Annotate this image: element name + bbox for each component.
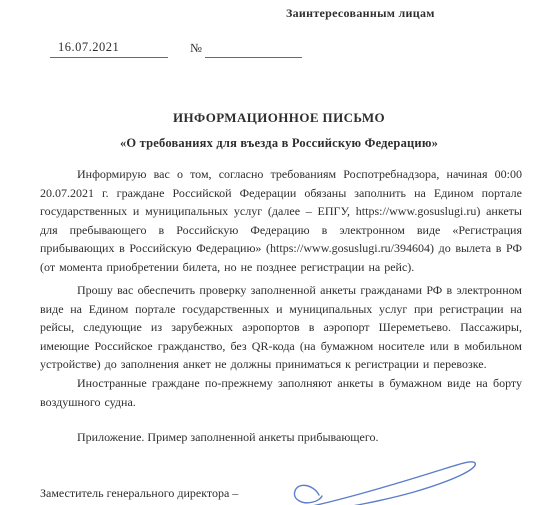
recipient-line: Заинтересованным лицам [286, 6, 435, 21]
number-label: № [190, 41, 202, 58]
letter-subtitle: «О требованиях для въезда в Российскую Ф… [0, 136, 558, 151]
letter-page: Заинтересованным лицам 16.07.2021 № ИНФО… [0, 0, 558, 505]
letter-date: 16.07.2021 [50, 40, 168, 58]
paragraph-check-request: Прошу вас обеспечить проверку заполненно… [40, 281, 522, 374]
signature-ink-image [286, 449, 484, 505]
paragraph-registration-requirement: Информирую вас о том, согласно требовани… [40, 165, 522, 276]
number-blank-line [205, 42, 302, 58]
paragraph-foreign-citizens: Иностранные граждане по-прежнему заполня… [40, 374, 522, 411]
date-number-row: 16.07.2021 № [50, 40, 302, 58]
attachment-note: Приложение. Пример заполненной анкеты пр… [40, 430, 522, 445]
signature-stroke [294, 462, 475, 505]
letter-title: ИНФОРМАЦИОННОЕ ПИСЬМО [0, 110, 558, 126]
signer-title: Заместитель генерального директора – [40, 486, 238, 501]
